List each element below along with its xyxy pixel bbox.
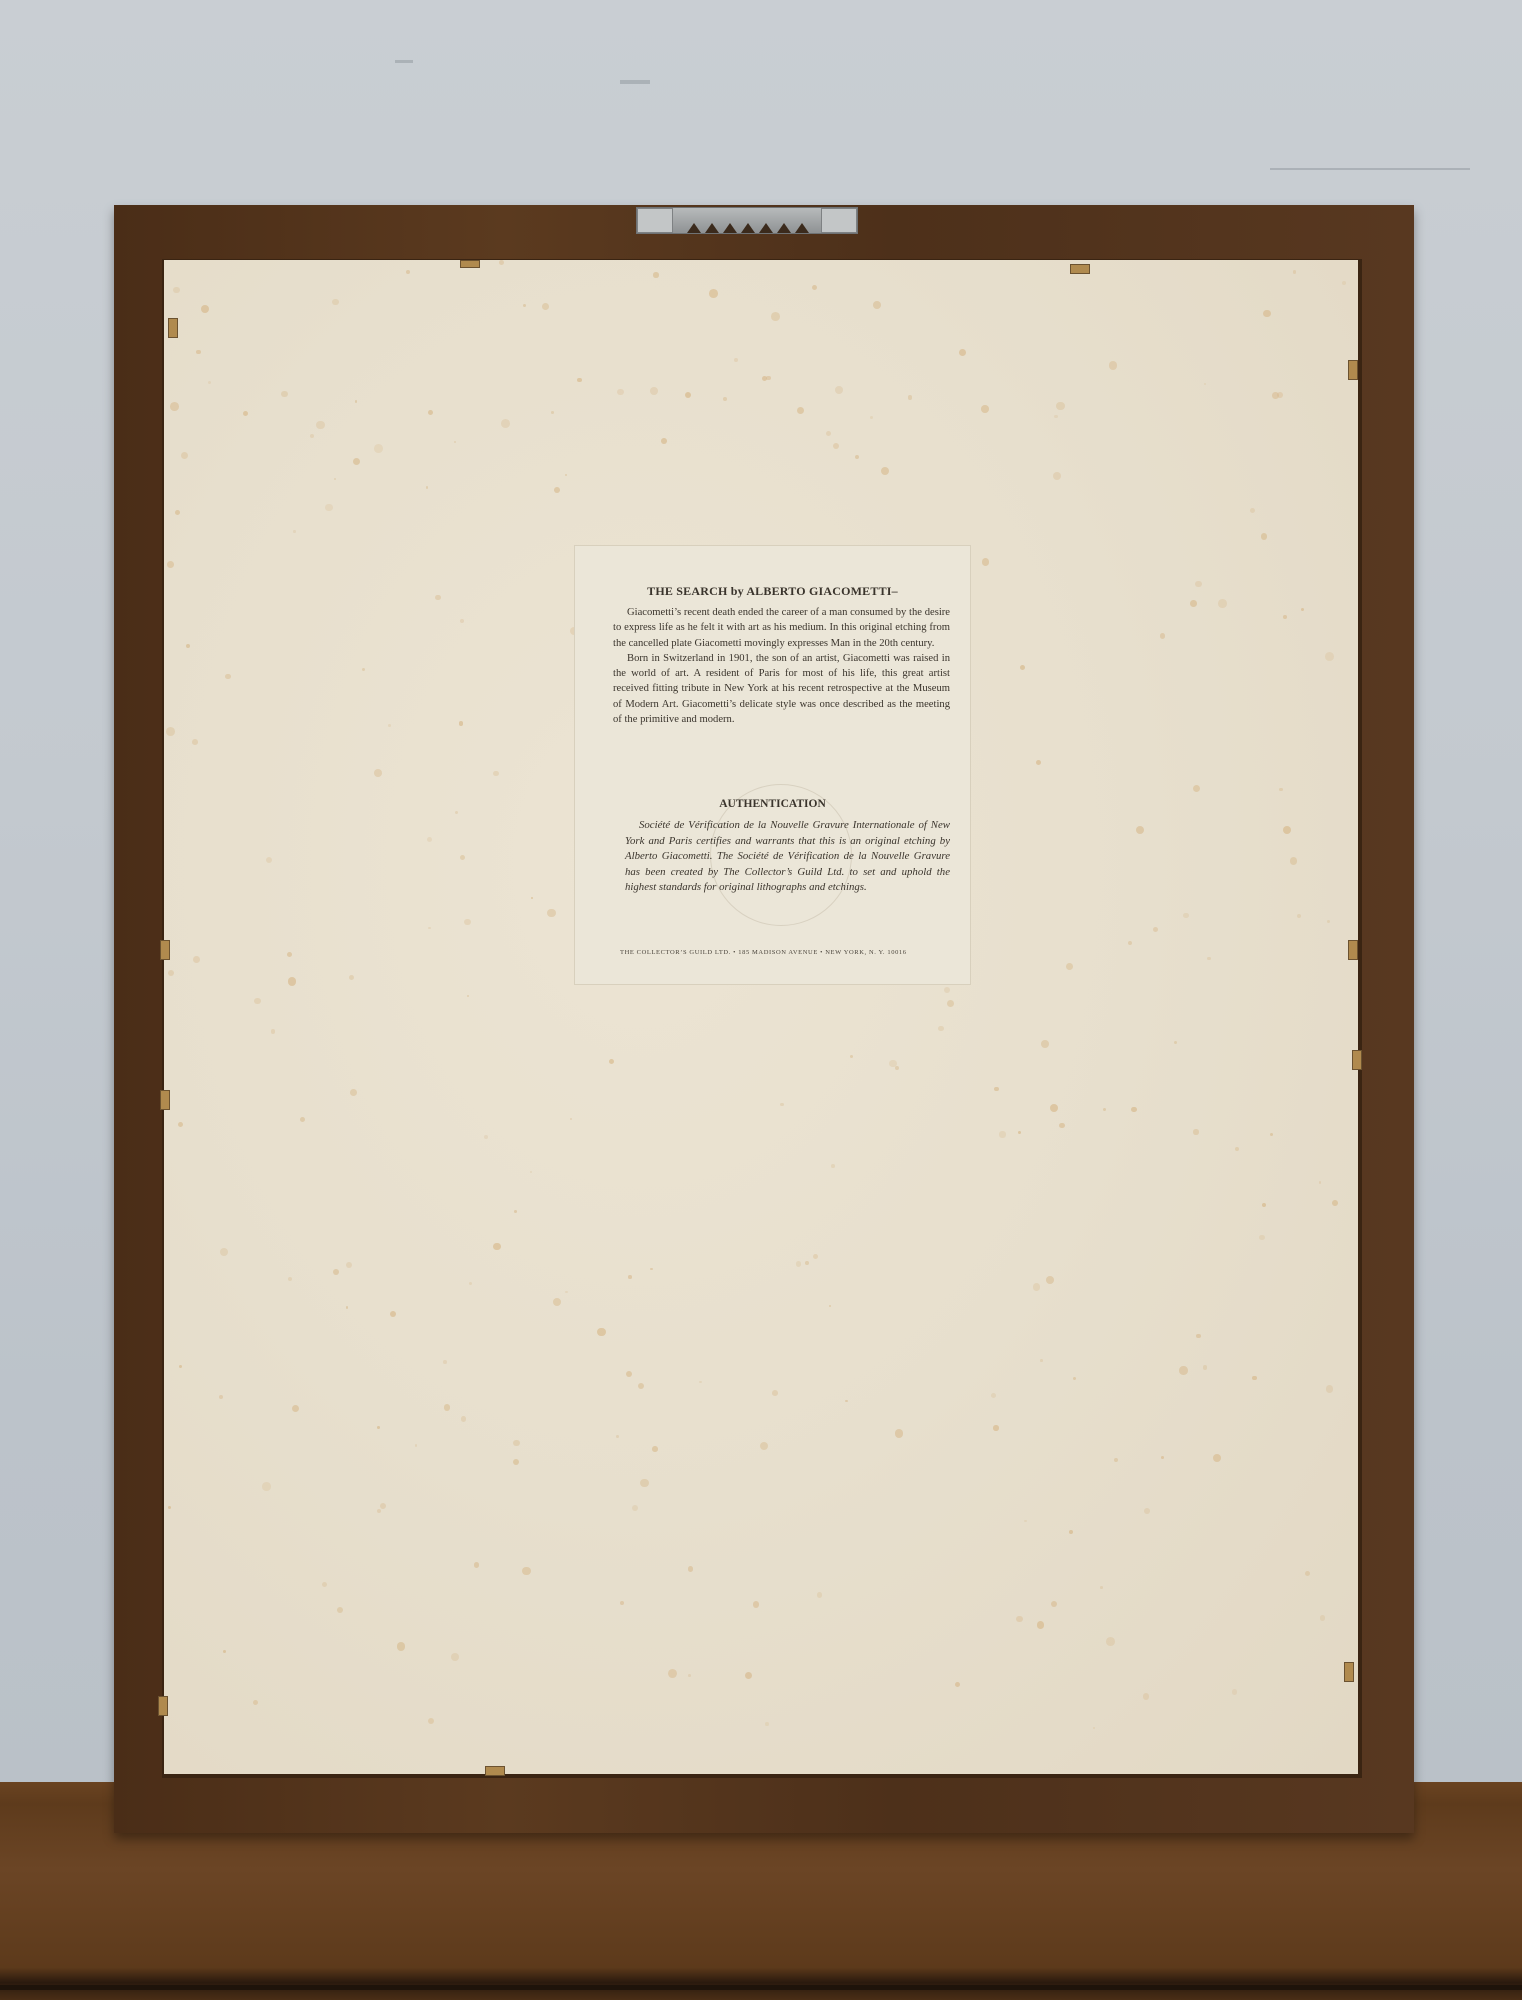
foxing-spot: [325, 504, 333, 512]
foxing-spot: [513, 1459, 519, 1465]
foxing-spot: [1207, 957, 1211, 961]
foxing-spot: [650, 1268, 652, 1270]
foxing-spot: [225, 674, 230, 679]
foxing-spot: [1193, 1129, 1198, 1134]
foxing-spot: [813, 1254, 818, 1259]
label-paragraph: Born in Switzerland in 1901, the son of …: [613, 651, 950, 727]
foxing-spot: [253, 1700, 258, 1705]
foxing-spot: [734, 358, 738, 362]
foxing-spot: [1195, 581, 1202, 588]
backing-board: [164, 260, 1358, 1774]
foxing-spot: [428, 1718, 435, 1725]
foxing-spot: [881, 467, 889, 475]
foxing-spot: [1293, 270, 1297, 274]
foxing-spot: [1327, 920, 1330, 923]
foxing-spot: [1106, 1637, 1115, 1646]
foxing-spot: [469, 1282, 472, 1285]
foxing-spot: [390, 1311, 396, 1317]
foxing-spot: [1301, 608, 1304, 611]
foxing-spot: [377, 1426, 380, 1429]
foxing-spot: [1283, 615, 1287, 619]
foxing-spot: [167, 561, 174, 568]
foxing-spot: [322, 1582, 328, 1588]
shelf-edge: [0, 1985, 1522, 1990]
foxing-spot: [460, 619, 465, 624]
foxing-spot: [1069, 1530, 1073, 1534]
foxing-spot: [428, 410, 434, 416]
foxing-spot: [772, 1390, 778, 1396]
hanger-nail-tab: [821, 208, 857, 233]
foxing-spot: [208, 381, 211, 384]
foxing-spot: [938, 1026, 943, 1031]
foxing-spot: [650, 387, 658, 395]
foxing-spot: [982, 558, 989, 565]
foxing-spot: [388, 724, 391, 727]
provenance-label: THE SEARCH by ALBERTO GIACOMETTI– Giacom…: [575, 546, 970, 984]
foxing-spot: [1325, 652, 1334, 661]
foxing-spot: [760, 1442, 768, 1450]
foxing-spot: [1109, 361, 1117, 369]
foxing-spot: [1050, 1104, 1058, 1112]
foxing-spot: [1263, 310, 1270, 317]
foxing-spot: [661, 438, 667, 444]
foxing-spot: [254, 998, 261, 1005]
foxing-spot: [1144, 1508, 1150, 1514]
label-title: THE SEARCH by ALBERTO GIACOMETTI–: [575, 584, 970, 599]
foxing-spot: [355, 400, 357, 402]
foxing-spot: [1136, 826, 1144, 834]
foxing-spot: [709, 289, 718, 298]
foxing-spot: [346, 1306, 348, 1308]
foxing-spot: [1041, 1040, 1049, 1048]
foxing-spot: [1259, 1235, 1264, 1240]
foxing-spot: [688, 1674, 691, 1677]
foxing-spot: [523, 304, 526, 307]
foxing-spot: [288, 977, 297, 986]
framing-clip: [1348, 360, 1358, 380]
foxing-spot: [994, 1087, 998, 1091]
foxing-spot: [547, 909, 556, 918]
foxing-spot: [333, 1269, 339, 1275]
foxing-spot: [805, 1261, 809, 1265]
foxing-spot: [565, 474, 567, 476]
foxing-spot: [196, 350, 200, 354]
foxing-spot: [1037, 1621, 1045, 1629]
foxing-spot: [406, 270, 410, 274]
foxing-spot: [542, 303, 549, 310]
foxing-spot: [959, 349, 966, 356]
foxing-spot: [1204, 383, 1207, 386]
foxing-spot: [829, 1305, 831, 1307]
foxing-spot: [1131, 1107, 1136, 1112]
foxing-spot: [435, 595, 440, 600]
foxing-spot: [461, 1416, 466, 1421]
foxing-spot: [287, 952, 292, 957]
authentication-text: Société de Vérification de la Nouvelle G…: [625, 818, 950, 896]
foxing-spot: [1342, 281, 1346, 285]
foxing-spot: [797, 407, 804, 414]
foxing-spot: [765, 1722, 769, 1726]
foxing-spot: [293, 530, 296, 533]
foxing-spot: [292, 1405, 299, 1412]
foxing-spot: [993, 1425, 998, 1430]
foxing-spot: [337, 1607, 343, 1613]
foxing-spot: [1161, 1456, 1164, 1459]
foxing-spot: [1046, 1276, 1054, 1284]
foxing-spot: [1018, 1131, 1021, 1134]
foxing-spot: [685, 392, 691, 398]
foxing-spot: [895, 1429, 903, 1437]
foxing-spot: [845, 1400, 847, 1402]
foxing-spot: [850, 1055, 853, 1058]
foxing-spot: [310, 434, 314, 438]
foxing-spot: [501, 419, 510, 428]
foxing-spot: [1297, 914, 1301, 918]
foxing-spot: [192, 739, 198, 745]
foxing-spot: [530, 1171, 532, 1173]
foxing-spot: [753, 1601, 760, 1608]
foxing-spot: [168, 970, 175, 977]
foxing-spot: [609, 1059, 614, 1064]
foxing-spot: [288, 1277, 292, 1281]
foxing-spot: [780, 1103, 784, 1107]
foxing-spot: [873, 301, 881, 309]
foxing-spot: [955, 1682, 960, 1687]
foxing-spot: [1093, 1727, 1095, 1729]
foxing-spot: [652, 1446, 658, 1452]
foxing-spot: [493, 771, 499, 777]
foxing-spot: [855, 455, 859, 459]
foxing-spot: [346, 1262, 353, 1269]
wall-scuff: [620, 80, 650, 84]
foxing-spot: [1196, 1334, 1201, 1339]
foxing-spot: [181, 452, 188, 459]
foxing-spot: [632, 1505, 638, 1511]
foxing-spot: [1326, 1385, 1334, 1393]
foxing-spot: [1213, 1454, 1221, 1462]
foxing-spot: [350, 1089, 357, 1096]
framing-clip: [1348, 940, 1358, 960]
foxing-spot: [1183, 913, 1188, 918]
foxing-spot: [1143, 1693, 1150, 1700]
foxing-spot: [1066, 963, 1073, 970]
framing-clip: [1352, 1050, 1362, 1070]
foxing-spot: [1262, 1203, 1266, 1207]
foxing-spot: [1235, 1147, 1239, 1151]
foxing-spot: [1040, 1359, 1043, 1362]
foxing-spot: [835, 386, 843, 394]
hanger-nail-tab: [637, 208, 673, 233]
foxing-spot: [220, 1248, 228, 1256]
foxing-spot: [640, 1479, 648, 1487]
foxing-spot: [415, 1444, 418, 1447]
foxing-spot: [577, 378, 581, 382]
framing-clip: [460, 260, 480, 268]
foxing-spot: [1190, 600, 1197, 607]
foxing-spot: [374, 769, 382, 777]
foxing-spot: [812, 285, 817, 290]
foxing-spot: [349, 975, 354, 980]
foxing-spot: [947, 1000, 954, 1007]
label-paragraph: Giacometti’s recent death ended the care…: [613, 605, 950, 651]
foxing-spot: [1232, 1689, 1238, 1695]
foxing-spot: [1283, 826, 1291, 834]
foxing-spot: [1332, 1200, 1338, 1206]
foxing-spot: [1128, 941, 1132, 945]
foxing-spot: [454, 441, 456, 443]
foxing-spot: [266, 857, 272, 863]
foxing-spot: [168, 1506, 171, 1509]
foxing-spot: [262, 1482, 271, 1491]
foxing-spot: [499, 260, 504, 265]
label-description: Giacometti’s recent death ended the care…: [613, 605, 950, 727]
foxing-spot: [1024, 1520, 1027, 1523]
foxing-spot: [895, 1066, 899, 1070]
framing-clip: [1070, 264, 1090, 274]
foxing-spot: [1053, 472, 1061, 480]
authentication-paragraph: Société de Vérification de la Nouvelle G…: [625, 818, 950, 896]
foxing-spot: [833, 443, 839, 449]
foxing-spot: [193, 956, 201, 964]
foxing-spot: [316, 421, 324, 429]
foxing-spot: [1261, 533, 1268, 540]
foxing-spot: [817, 1592, 822, 1597]
foxing-spot: [1174, 1041, 1177, 1044]
framing-clip: [168, 318, 178, 338]
publisher-footer: THE COLLECTOR’S GUILD LTD. • 185 MADISON…: [620, 949, 960, 956]
foxing-spot: [1319, 1181, 1321, 1183]
foxing-spot: [991, 1393, 996, 1398]
foxing-spot: [1051, 1601, 1057, 1607]
foxing-spot: [1272, 392, 1279, 399]
foxing-spot: [459, 721, 464, 726]
foxing-spot: [513, 1440, 520, 1447]
foxing-spot: [831, 1164, 835, 1168]
foxing-spot: [332, 299, 338, 305]
foxing-spot: [281, 391, 287, 397]
foxing-spot: [1033, 1283, 1040, 1290]
foxing-spot: [1320, 1615, 1325, 1620]
foxing-spot: [531, 897, 534, 900]
foxing-spot: [1160, 633, 1166, 639]
foxing-spot: [1250, 508, 1255, 513]
foxing-spot: [981, 405, 989, 413]
foxing-spot: [617, 389, 623, 395]
foxing-spot: [1252, 1376, 1257, 1381]
foxing-spot: [551, 411, 554, 414]
foxing-spot: [699, 1381, 702, 1384]
foxing-spot: [166, 727, 175, 736]
foxing-spot: [219, 1395, 223, 1399]
foxing-spot: [688, 1566, 694, 1572]
foxing-spot: [553, 1298, 562, 1307]
foxing-spot: [484, 1135, 489, 1140]
foxing-spot: [464, 919, 470, 925]
foxing-spot: [514, 1210, 517, 1213]
foxing-spot: [380, 1503, 386, 1509]
foxing-spot: [1059, 1123, 1065, 1129]
foxing-spot: [460, 855, 465, 860]
foxing-spot: [493, 1243, 501, 1251]
foxing-spot: [597, 1328, 606, 1337]
framing-clip: [160, 940, 170, 960]
foxing-spot: [554, 487, 560, 493]
foxing-spot: [628, 1275, 632, 1279]
foxing-spot: [1193, 785, 1200, 792]
foxing-spot: [428, 927, 431, 930]
picture-frame: [114, 205, 1414, 1833]
foxing-spot: [1054, 415, 1058, 419]
wall-scuff: [1270, 168, 1470, 170]
foxing-spot: [426, 486, 428, 488]
foxing-spot: [170, 402, 179, 411]
foxing-spot: [1100, 1586, 1103, 1589]
foxing-spot: [455, 811, 459, 815]
foxing-spot: [467, 995, 469, 997]
foxing-spot: [173, 287, 180, 294]
foxing-spot: [771, 312, 780, 321]
foxing-spot: [243, 411, 248, 416]
foxing-spot: [745, 1672, 752, 1679]
foxing-spot: [1203, 1365, 1207, 1369]
foxing-spot: [999, 1131, 1005, 1137]
foxing-spot: [444, 1404, 450, 1410]
foxing-spot: [616, 1435, 619, 1438]
foxing-spot: [186, 644, 190, 648]
foxing-spot: [565, 1291, 567, 1293]
authentication-heading: AUTHENTICATION: [575, 798, 970, 810]
foxing-spot: [1073, 1377, 1076, 1380]
framing-clip: [1344, 1662, 1354, 1682]
foxing-spot: [653, 272, 658, 277]
framing-clip: [485, 1766, 505, 1776]
foxing-spot: [1279, 788, 1283, 792]
foxing-spot: [179, 1365, 182, 1368]
foxing-spot: [362, 668, 365, 671]
foxing-spot: [1305, 1571, 1310, 1576]
foxing-spot: [723, 397, 727, 401]
foxing-spot: [175, 510, 180, 515]
foxing-spot: [1114, 1458, 1118, 1462]
foxing-spot: [766, 376, 770, 380]
wall-scuff: [395, 60, 413, 63]
foxing-spot: [944, 987, 950, 993]
foxing-spot: [522, 1567, 531, 1576]
foxing-spot: [796, 1261, 801, 1266]
foxing-spot: [201, 305, 209, 313]
foxing-spot: [908, 395, 912, 399]
foxing-spot: [1218, 599, 1227, 608]
foxing-spot: [427, 837, 432, 842]
foxing-spot: [1103, 1108, 1106, 1111]
foxing-spot: [1179, 1366, 1187, 1374]
foxing-spot: [1153, 927, 1158, 932]
foxing-spot: [1270, 1133, 1273, 1136]
foxing-spot: [374, 444, 383, 453]
foxing-spot: [638, 1383, 644, 1389]
foxing-spot: [451, 1653, 459, 1661]
foxing-spot: [223, 1650, 226, 1653]
foxing-spot: [443, 1360, 447, 1364]
framing-clip: [160, 1090, 170, 1110]
foxing-spot: [178, 1122, 183, 1127]
foxing-spot: [620, 1601, 624, 1605]
foxing-spot: [474, 1562, 480, 1568]
foxing-spot: [1036, 760, 1041, 765]
foxing-spot: [1016, 1616, 1023, 1623]
foxing-spot: [826, 431, 831, 436]
foxing-spot: [334, 478, 337, 481]
framing-clip: [158, 1696, 168, 1716]
foxing-spot: [353, 458, 360, 465]
foxing-spot: [870, 416, 873, 419]
foxing-spot: [668, 1669, 677, 1678]
foxing-spot: [300, 1117, 305, 1122]
foxing-spot: [397, 1642, 405, 1650]
foxing-spot: [377, 1509, 381, 1513]
sawtooth-hanger: [636, 207, 858, 234]
foxing-spot: [271, 1029, 276, 1034]
foxing-spot: [1056, 402, 1065, 411]
foxing-spot: [1020, 665, 1025, 670]
foxing-spot: [570, 1118, 572, 1120]
foxing-spot: [1290, 857, 1298, 865]
foxing-spot: [626, 1371, 633, 1378]
